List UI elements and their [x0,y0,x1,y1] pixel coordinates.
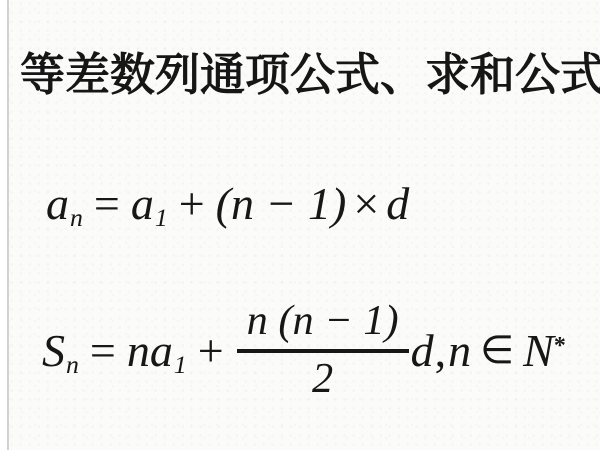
natural-numbers-symbol: N* [523,324,566,377]
general-term-formula: an = a1 + (n − 1) × d [46,158,409,248]
natural-numbers-star: * [554,332,566,358]
sum-formula: Sn = na1 + n (n − 1) 2 d , n ∈ N* [42,266,566,434]
equals-sign: = [94,177,120,230]
term-symbol-subscript: n [70,203,83,232]
plus-sign: + [179,177,205,230]
n-minus-one-group: (n − 1) [216,177,347,230]
element-of-sign: ∈ [480,328,514,373]
equals-sign: = [90,324,116,377]
left-edge-line [7,0,9,450]
common-difference-symbol: d [411,324,434,377]
first-term-subscript: 1 [155,203,168,232]
n-a1-subscript: 1 [174,350,187,379]
fraction-denominator: 2 [312,353,333,404]
fraction-numerator: n (n − 1) [237,297,409,353]
sum-symbol: Sn [42,324,79,377]
common-difference-symbol: d [386,177,409,230]
sum-symbol-base: S [42,325,65,376]
natural-numbers-base: N [523,325,554,376]
n-symbol: n [448,324,471,377]
n-a1-base: na [127,325,173,376]
sum-symbol-subscript: n [66,350,79,379]
first-term-base: a [131,178,154,229]
n-a1-term: na1 [127,324,187,377]
multiplication-sign: × [353,177,379,230]
left-white-strip [0,0,7,450]
first-term-symbol: a1 [131,177,168,230]
fraction: n (n − 1) 2 [237,297,409,403]
term-symbol-base: a [46,178,69,229]
plus-sign: + [198,324,224,377]
page-title: 等差数列通项公式、求和公式 [20,38,586,103]
term-symbol: an [46,177,83,230]
comma: , [435,324,447,377]
